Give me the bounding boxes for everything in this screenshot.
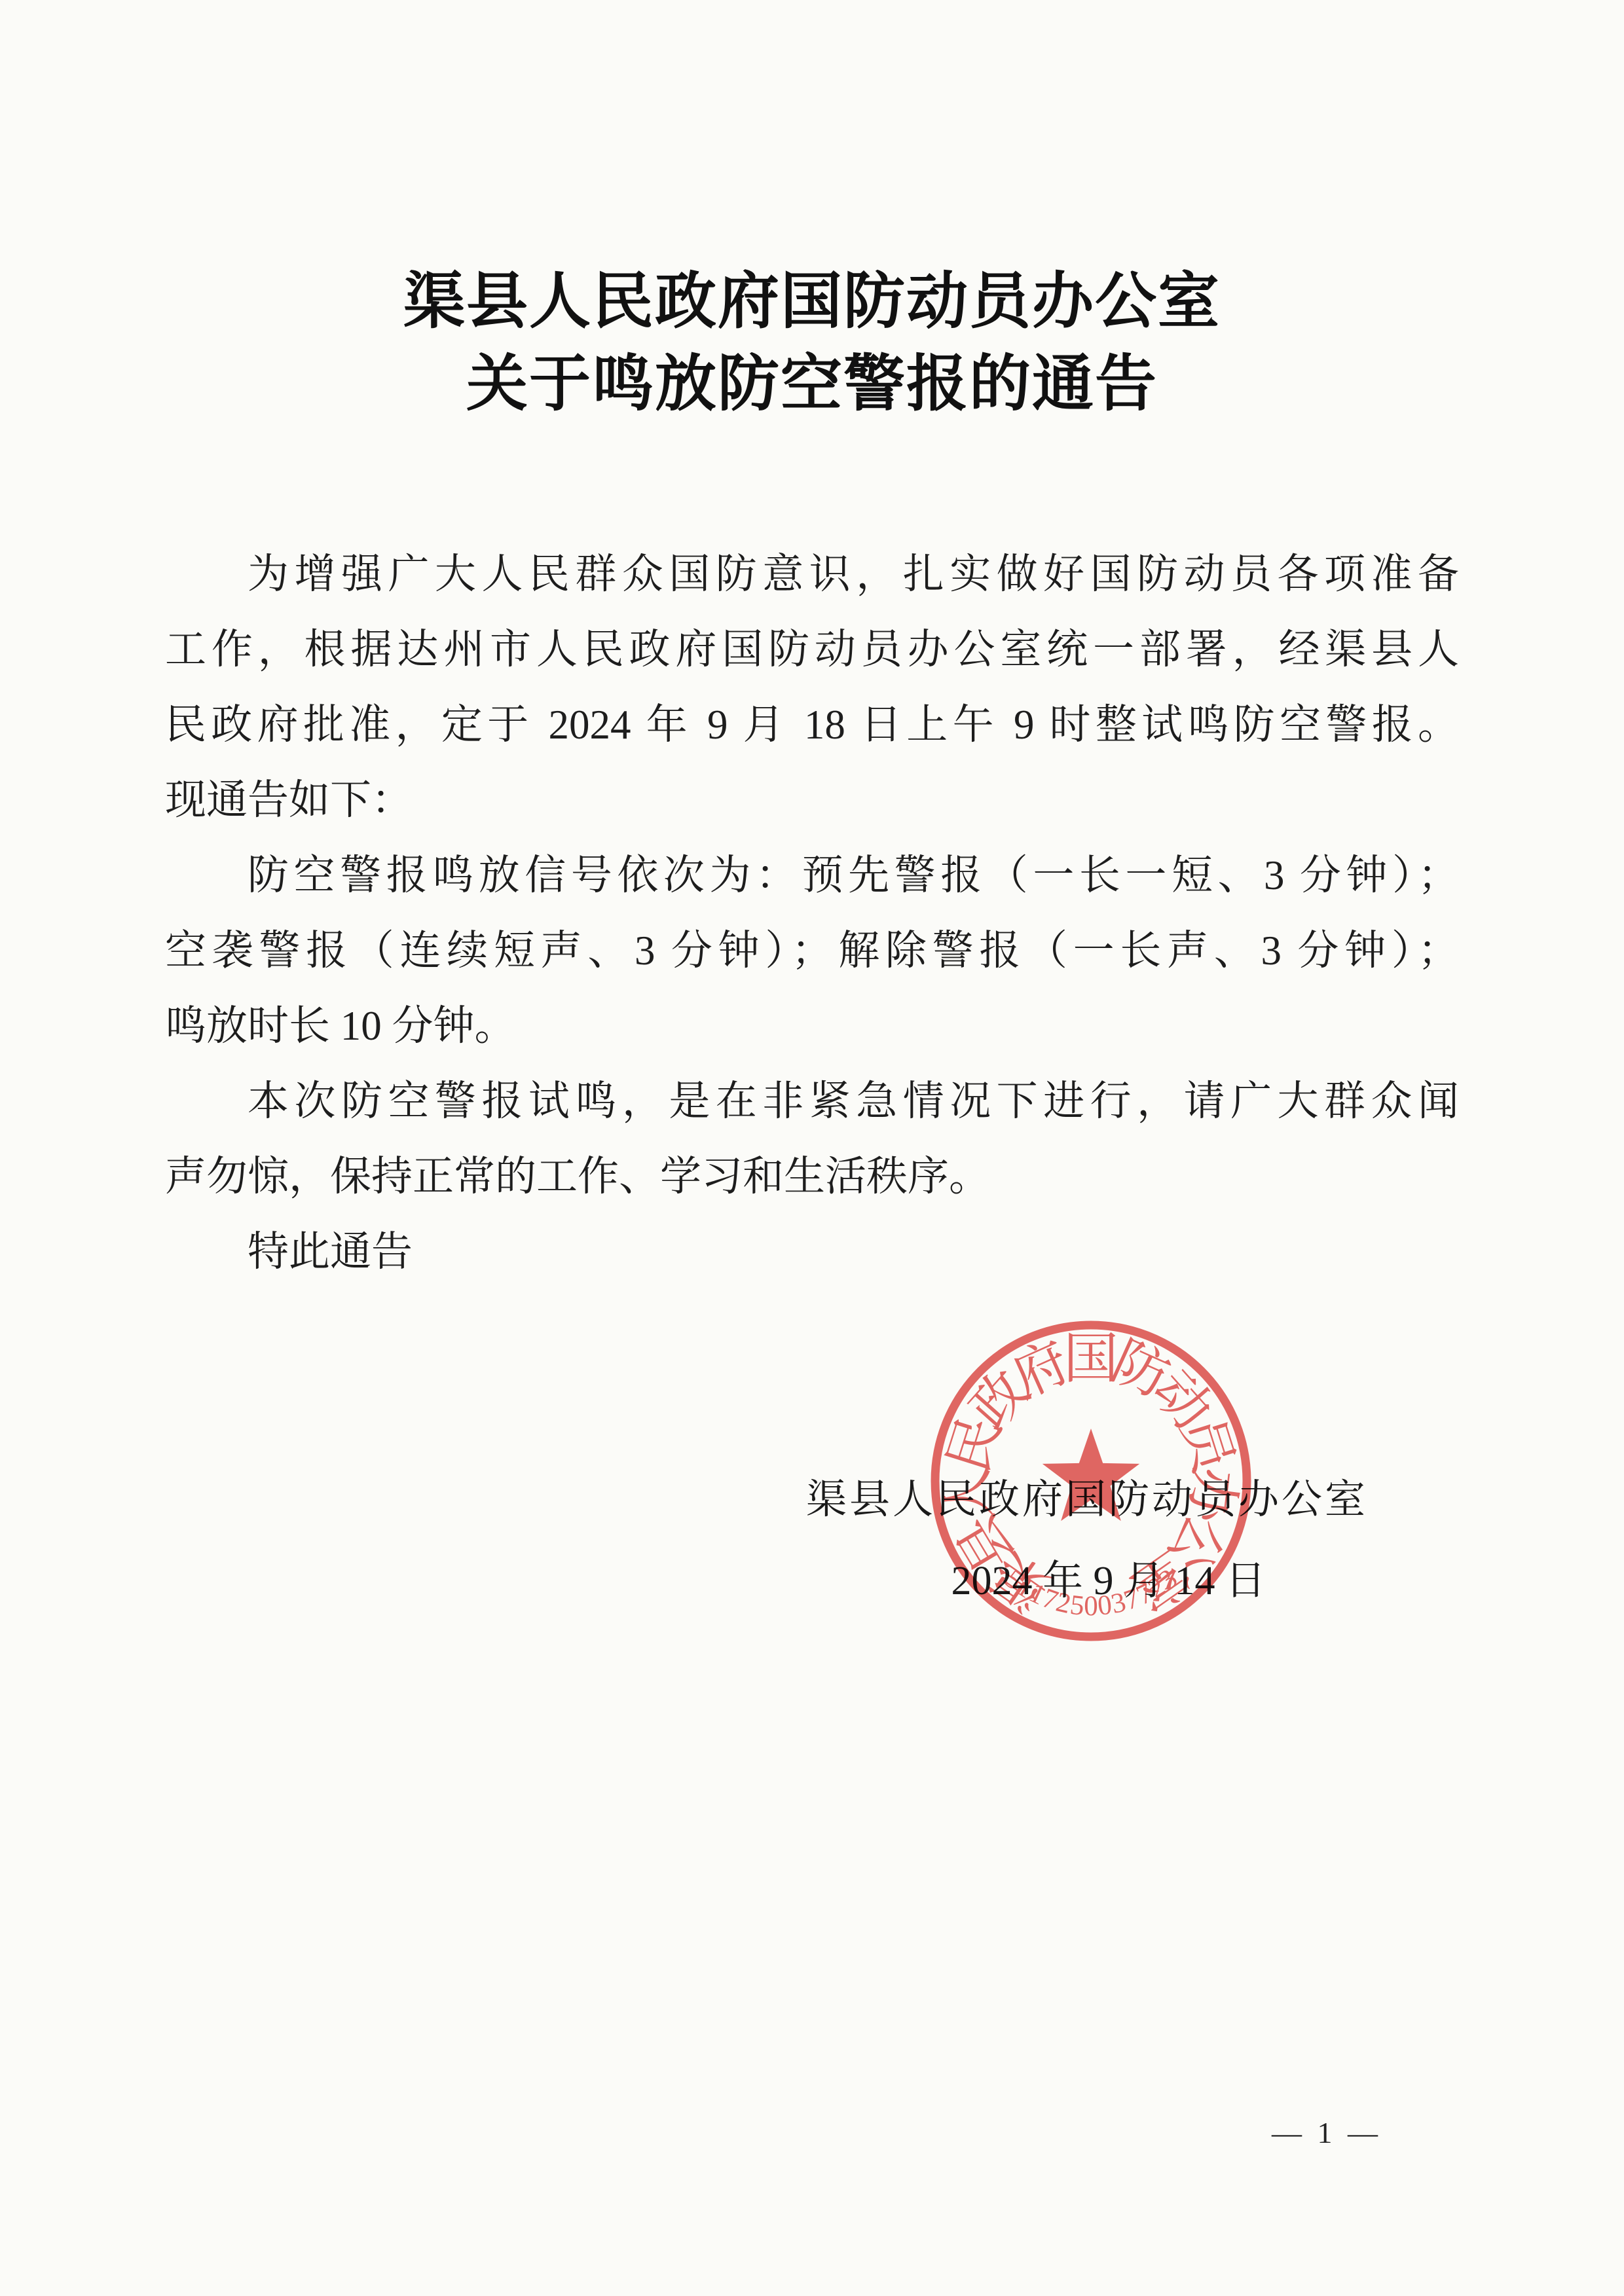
document-page: 渠县人民政府国防动员办公室 关于鸣放防空警报的通告 为增强广大人民群众国防意识，… (0, 0, 1624, 2296)
page-number: — 1 — (1272, 2113, 1382, 2153)
body-line: 现通告如下： (165, 763, 1459, 838)
document-title: 渠县人民政府国防动员办公室 关于鸣放防空警报的通告 (0, 261, 1624, 426)
body-line: 特此通告 (165, 1214, 1459, 1290)
body-line: 为增强广大人民群众国防意识，扎实做好国防动员各项准备 (165, 537, 1459, 612)
title-line-2: 关于鸣放防空警报的通告 (0, 343, 1624, 426)
title-line-1: 渠县人民政府国防动员办公室 (0, 261, 1624, 343)
body-line: 本次防空警报试鸣，是在非紧急情况下进行，请广大群众闻 (165, 1064, 1459, 1139)
document-body: 为增强广大人民群众国防意识，扎实做好国防动员各项准备工作，根据达州市人民政府国防… (165, 537, 1459, 1290)
body-line: 鸣放时长 10 分钟。 (165, 989, 1459, 1064)
body-line: 民政府批准，定于 2024 年 9 月 18 日上午 9 时整试鸣防空警报。 (165, 687, 1459, 763)
seal-code-digit: 0 (1084, 1591, 1098, 1622)
seal-code-digit: 5 (1069, 1590, 1086, 1622)
body-line: 工作，根据达州市人民政府国防动员办公室统一部署，经渠县人 (165, 612, 1459, 687)
star-icon (1043, 1429, 1139, 1521)
body-line: 防空警报鸣放信号依次为：预先警报（一长一短、3 分钟）； (165, 838, 1459, 913)
official-seal: 渠县人民政府国防动员办公室5117250037723 (908, 1298, 1274, 1664)
body-line: 空袭警报（连续短声、3 分钟）；解除警报（一长声、3 分钟）； (165, 913, 1459, 989)
body-line: 声勿惊，保持正常的工作、学习和生活秩序。 (165, 1139, 1459, 1214)
